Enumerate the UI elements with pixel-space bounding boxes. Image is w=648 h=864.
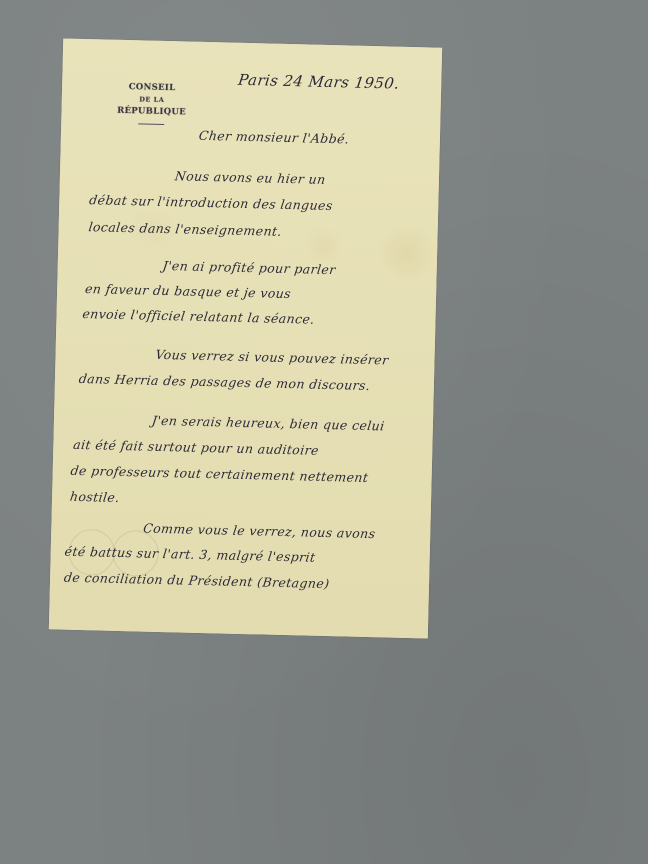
letter-line: de professeurs tout certainement netteme…	[70, 463, 370, 485]
letter-paper: CONSEIL DE LA RÉPUBLIQUE Paris 24 Mars 1…	[49, 38, 442, 638]
letter-line: J'en serais heureux, bien que celui	[151, 413, 386, 434]
letterhead: CONSEIL DE LA RÉPUBLIQUE	[113, 82, 190, 126]
letterhead-rule	[138, 123, 164, 125]
letter-line: Nous avons eu hier un	[174, 168, 327, 187]
letterhead-line-1: CONSEIL	[114, 82, 190, 94]
letter-line: Vous verrez si vous pouvez insérer	[155, 347, 390, 368]
letter-line: J'en ai profité pour parler	[162, 258, 337, 277]
letter-line: débat sur l'introduction des langues	[88, 192, 333, 213]
letter-line: Comme vous le verrez, nous avons	[142, 521, 376, 542]
letter-line: locales dans l'enseignement.	[88, 219, 283, 239]
letter-line: envoie l'officiel relatant la séance.	[82, 306, 316, 327]
letter-line: en faveur du basque et je vous	[84, 281, 292, 301]
letter-line: de conciliation du Président (Bretagne)	[63, 570, 330, 591]
letterhead-line-3: RÉPUBLIQUE	[113, 106, 189, 118]
letterhead-line-2: DE LA	[114, 95, 190, 105]
salutation: Cher monsieur l'Abbé.	[198, 128, 350, 147]
letter-line: hostile.	[69, 489, 121, 505]
date-line: Paris 24 Mars 1950.	[237, 71, 400, 93]
letter-line: dans Herria des passages de mon discours…	[78, 371, 371, 393]
letter-line: ait été fait surtout pour un auditoire	[72, 437, 319, 458]
